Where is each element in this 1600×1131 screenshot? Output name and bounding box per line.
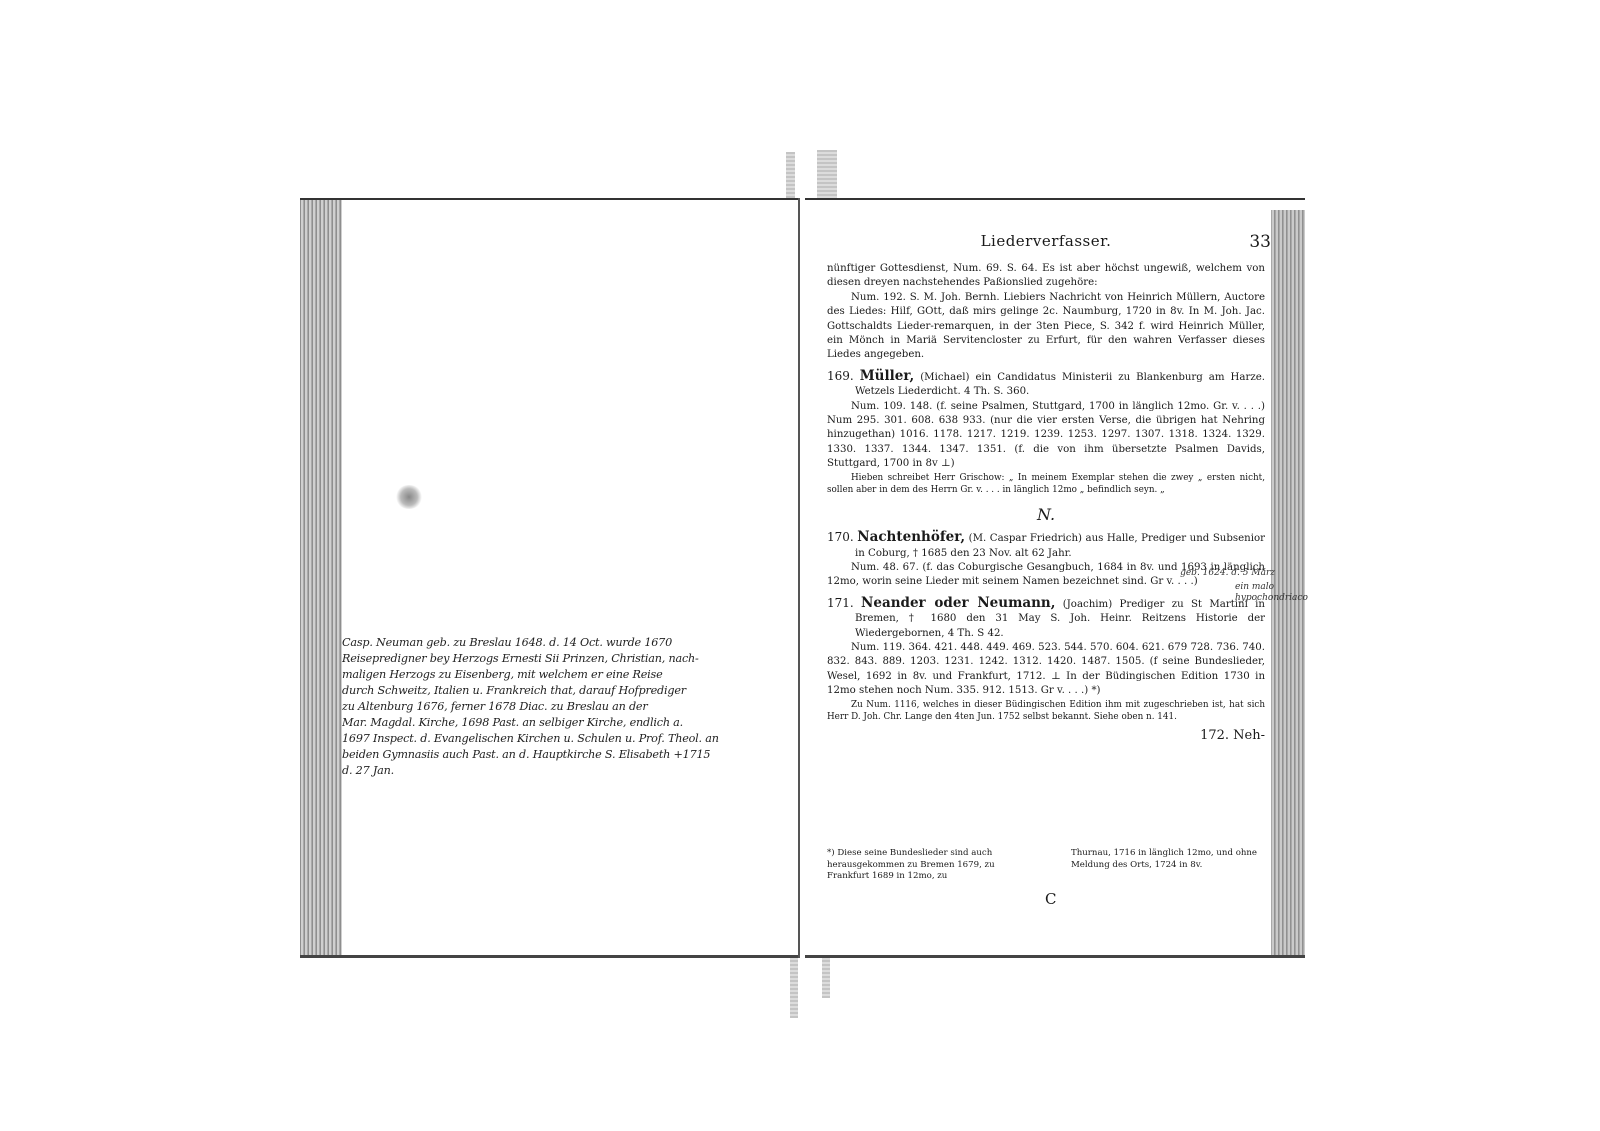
footnote-right: Thurnau, 1716 in länglich 12mo, und ohne… [1071,848,1265,883]
margin-annotation-side: ein malo hypochondriaco [1235,582,1305,604]
footnotes: *) Diese seine Bundeslieder sind auch he… [827,848,1265,883]
left-page: Casp. Neuman geb. zu Breslau 1648. d. 14… [300,198,800,958]
page-number: 33 [1249,232,1271,252]
entry-169-note: Hieben schreibet Herr Grischow: „ In mei… [827,472,1265,496]
ink-smudge [395,485,423,509]
entry-169: 169. Müller, (Michael) ein Candidatus Mi… [827,369,1265,400]
signature-mark: C [1045,890,1056,908]
bookmark-ribbon-right [817,150,837,200]
right-page: Liederverfasser. 33 nünftiger Gottesdien… [805,198,1305,958]
catchword: 172. Neh- [827,729,1265,743]
page-edge-left [300,200,342,955]
section-letter: N. [827,508,1265,522]
margin-annotation-birth: geb. 1624. d. 5 März [1180,568,1275,578]
entry-171-body: Num. 119. 364. 421. 448. 449. 469. 523. … [827,641,1265,699]
entry-171: 171. Neander oder Neumann, (Joachim) Pre… [827,596,1265,641]
paragraph: nünftiger Gottesdienst, Num. 69. S. 64. … [827,262,1265,291]
body-text: nünftiger Gottesdienst, Num. 69. S. 64. … [827,262,1265,743]
footnote-left: *) Diese seine Bundeslieder sind auch he… [827,848,1021,883]
running-head: Liederverfasser. [827,232,1265,250]
handwritten-note: Casp. Neuman geb. zu Breslau 1648. d. 14… [342,635,792,779]
entry-169-body: Num. 109. 148. (f. seine Psalmen, Stuttg… [827,400,1265,472]
book-spread: Casp. Neuman geb. zu Breslau 1648. d. 14… [300,198,1305,958]
gutter-line [798,198,800,958]
entry-170: 170. Nachtenhöfer, (M. Caspar Friedrich)… [827,530,1265,561]
paragraph: Num. 192. S. M. Joh. Bernh. Liebiers Nac… [827,291,1265,363]
bookmark-ribbon-left [786,152,795,202]
bookmark-ribbon-bottom [790,958,798,1018]
entry-171-note: Zu Num. 1116, welches in dieser Büdingis… [827,699,1265,723]
bookmark-ribbon-bottom-2 [822,958,830,998]
